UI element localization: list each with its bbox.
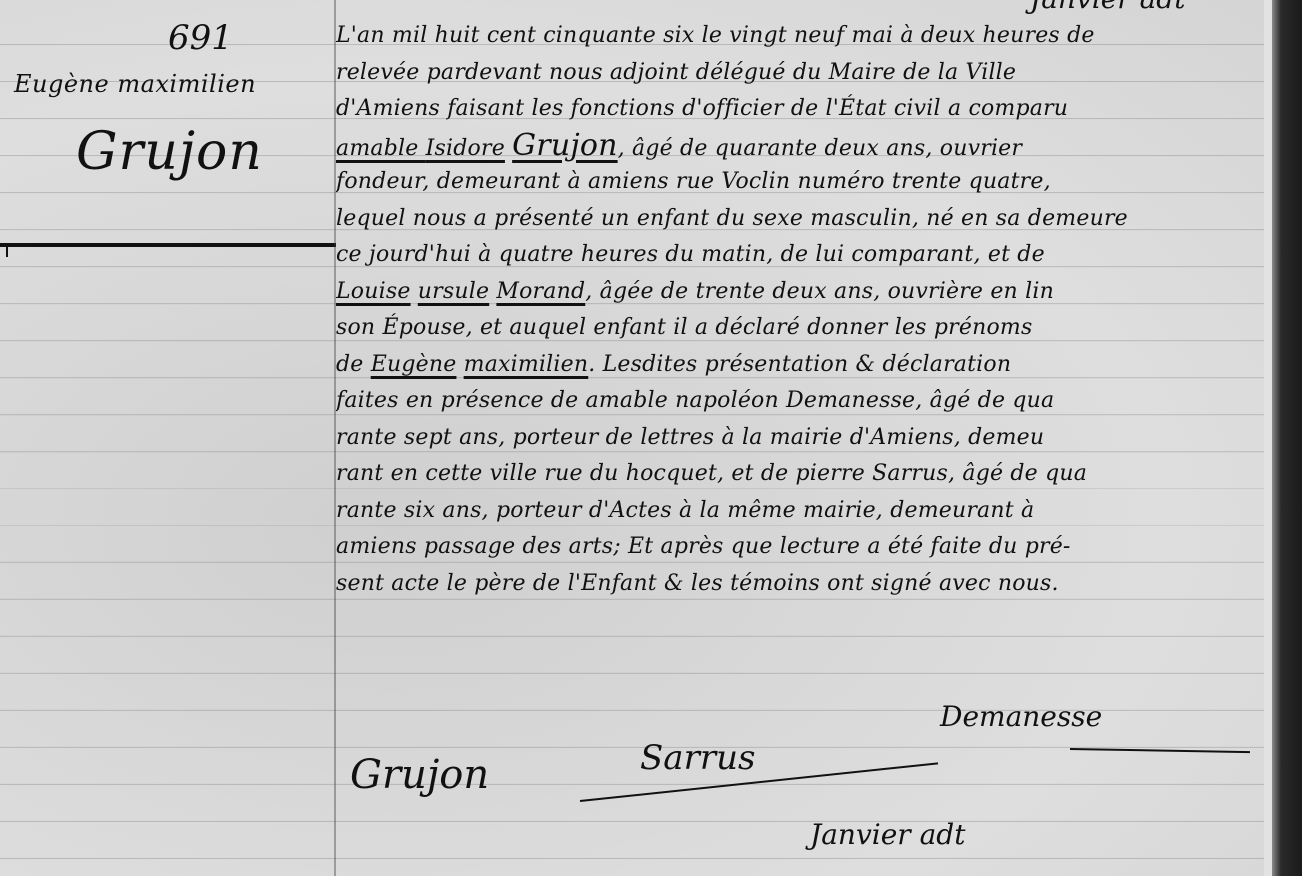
margin-divider bbox=[0, 243, 336, 247]
mother-second-name: ursule bbox=[418, 279, 489, 304]
body-line: rante sept ans, porteur de lettres à la … bbox=[336, 420, 1276, 457]
register-page: Janvier adt 691 Eugène maximilien Grujon… bbox=[0, 0, 1302, 876]
signature-flourish bbox=[1070, 748, 1250, 753]
father-second-name: Isidore bbox=[426, 136, 505, 161]
father-first-name: amable bbox=[336, 136, 426, 161]
act-number: 691 bbox=[168, 18, 233, 58]
body-line: rante six ans, porteur d'Actes à la même… bbox=[336, 493, 1276, 530]
signature-officer: Janvier adt bbox=[810, 818, 965, 851]
body-line-mother: Louise ursule Morand, âgée de trente deu… bbox=[336, 274, 1276, 311]
body-line: sent acte le père de l'Enfant & les témo… bbox=[336, 566, 1276, 603]
body-line: ce jourd'hui à quatre heures du matin, d… bbox=[336, 237, 1276, 274]
body-line: amiens passage des arts; Et après que le… bbox=[336, 529, 1276, 566]
father-surname: Grujon bbox=[512, 128, 618, 163]
signature-witness-2: Sarrus bbox=[640, 738, 755, 778]
mother-surname: Morand bbox=[496, 279, 585, 304]
signature-flourish bbox=[580, 762, 938, 802]
signature-witness-1: Demanesse bbox=[940, 700, 1102, 733]
body-line: lequel nous a présenté un enfant du sexe… bbox=[336, 201, 1276, 238]
body-line: d'Amiens faisant les fonctions d'officie… bbox=[336, 91, 1276, 128]
body-line: son Épouse, et auquel enfant il a déclar… bbox=[336, 310, 1276, 347]
body-line: L'an mil huit cent cinquante six le ving… bbox=[336, 18, 1276, 55]
body-line: relevée pardevant nous adjoint délégué d… bbox=[336, 55, 1276, 92]
body-line: faites en présence de amable napoléon De… bbox=[336, 383, 1276, 420]
margin-given-names: Eugène maximilien bbox=[14, 70, 256, 98]
mother-first-name: Louise bbox=[336, 279, 411, 304]
book-binding bbox=[1272, 0, 1302, 876]
body-line-father: amable Isidore Grujon, âgé de quarante d… bbox=[336, 128, 1276, 165]
body-line: fondeur, demeurant à amiens rue Voclin n… bbox=[336, 164, 1276, 201]
child-first-name: Eugène bbox=[371, 352, 457, 377]
top-note: Janvier adt bbox=[1030, 0, 1185, 15]
margin-surname: Grujon bbox=[76, 122, 263, 182]
body-line: rant en cette ville rue du hocquet, et d… bbox=[336, 456, 1276, 493]
margin-tick bbox=[6, 243, 8, 257]
signature-father: Grujon bbox=[350, 752, 489, 798]
margin-entry: 691 Eugène maximilien Grujon bbox=[0, 0, 336, 246]
child-second-name: maximilien bbox=[464, 352, 589, 377]
body-line-child-names: de Eugène maximilien. Lesdites présentat… bbox=[336, 347, 1276, 384]
record-body: L'an mil huit cent cinquante six le ving… bbox=[336, 18, 1276, 602]
